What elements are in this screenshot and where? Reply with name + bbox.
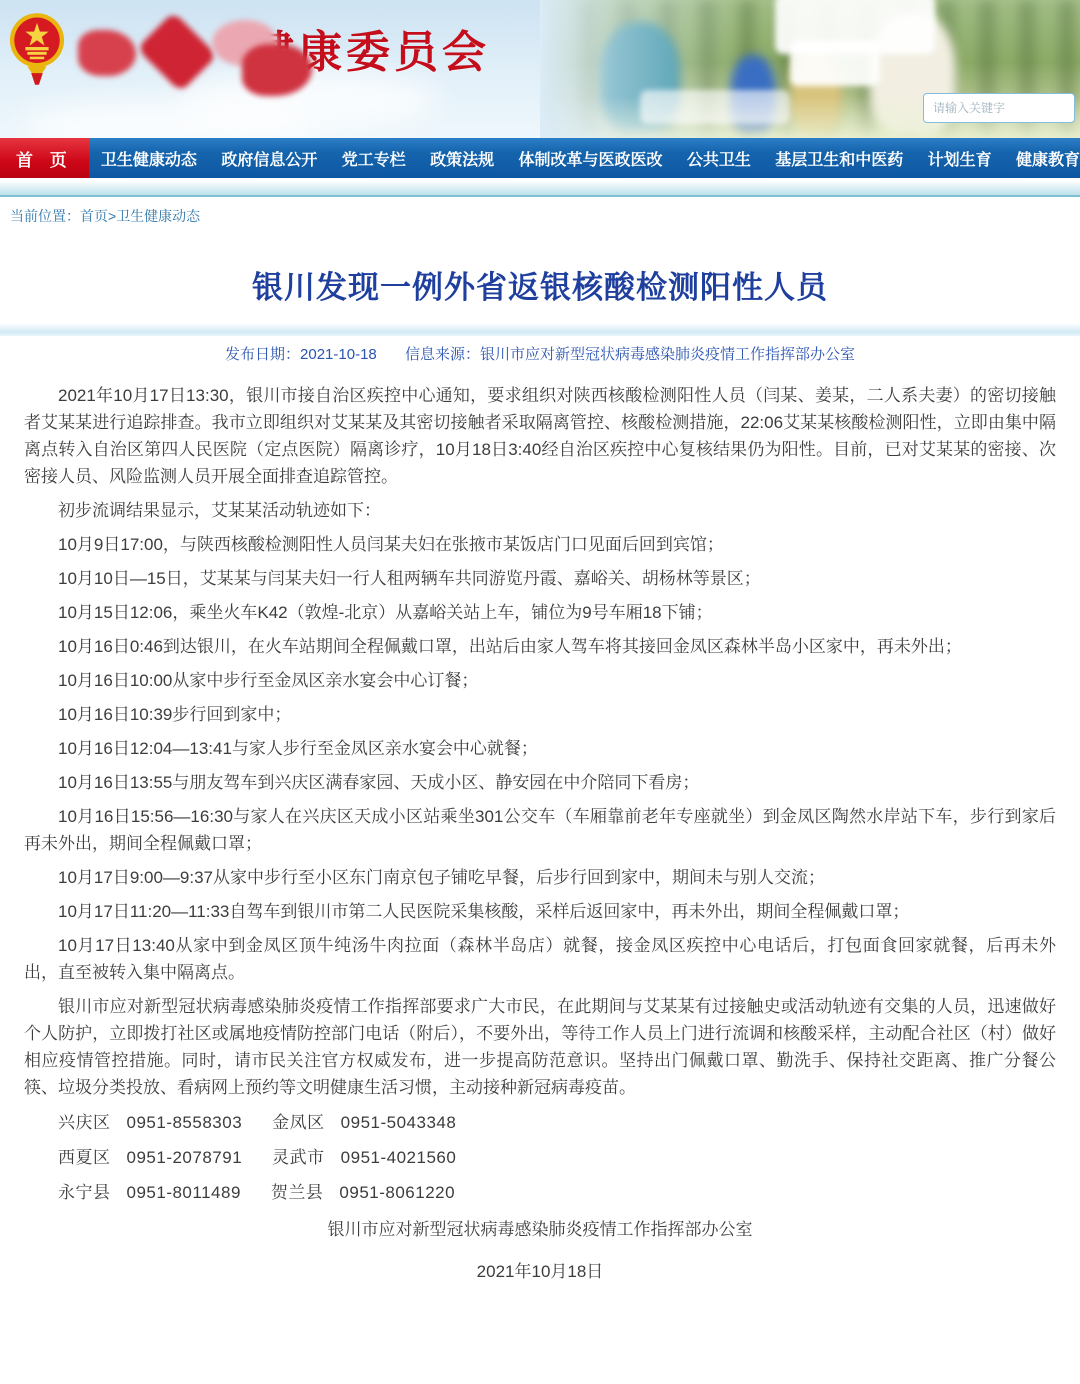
article-sign-date: 2021年10月18日 (0, 1257, 1080, 1282)
nav-item[interactable]: 体制改革与医政医改 (518, 147, 662, 170)
article-paragraph: 10月16日0:46到达银川，在火车站期间全程佩戴口罩，出站后由家人驾车将其接回… (24, 633, 1056, 660)
nav-item[interactable]: 政策法规 (430, 147, 494, 170)
hotline-list: 兴庆区0951-8558303金凤区0951-5043348 西夏区0951-2… (24, 1108, 1056, 1203)
title-underline-band (0, 323, 1080, 336)
publish-date: 发布日期：2021-10-18 (225, 346, 377, 363)
breadcrumb-label: 当前位置： (10, 208, 80, 224)
article-signature: 银川市应对新型冠状病毒感染肺炎疫情工作指挥部办公室 (0, 1215, 1080, 1240)
article-paragraph: 10月16日12:04—13:41与家人步行至金凤区亲水宴会中心就餐； (24, 735, 1056, 762)
article-paragraph: 10月9日17:00，与陕西核酸检测阳性人员闫某夫妇在张掖市某饭店门口见面后回到… (24, 531, 1056, 558)
article-paragraph: 10月16日15:56—16:30与家人在兴庆区天成小区站乘坐301公交车（车厢… (24, 803, 1056, 857)
hotline-district: 金凤区 (272, 1113, 325, 1132)
site-logo: 健康委员会 (8, 8, 490, 88)
article: 银川发现一例外省返银核酸检测阳性人员 发布日期：2021-10-18 信息来源：… (0, 262, 1080, 1282)
article-paragraph: 初步流调结果显示，艾某某活动轨迹如下： (24, 497, 1056, 524)
national-emblem-icon (8, 11, 66, 85)
article-meta: 发布日期：2021-10-18 信息来源：银川市应对新型冠状病毒感染肺炎疫情工作… (0, 343, 1080, 364)
info-source: 信息来源：银川市应对新型冠状病毒感染肺炎疫情工作指挥部办公室 (405, 346, 855, 363)
breadcrumb-section-link[interactable]: 卫生健康动态 (116, 208, 200, 224)
hotline-district: 西夏区 (58, 1148, 111, 1167)
hotline-phone: 0951-2078791 (127, 1148, 243, 1167)
article-paragraph: 10月16日10:39步行回到家中； (24, 701, 1056, 728)
hotline-phone: 0951-8061220 (339, 1183, 455, 1202)
breadcrumb-home-link[interactable]: 首页 (80, 208, 108, 224)
article-paragraph: 2021年10月17日13:30，银川市接自治区疾控中心通知，要求组织对陕西核酸… (24, 382, 1056, 490)
breadcrumb: 当前位置：首页>卫生健康动态 (0, 197, 1080, 228)
hotline-row: 永宁县0951-8011489贺兰县0951-8061220 (24, 1178, 1056, 1203)
nav-item[interactable]: 基层卫生和中医药 (775, 147, 903, 170)
site-header: 健康委员会 (0, 0, 1080, 138)
hotline-row: 兴庆区0951-8558303金凤区0951-5043348 (24, 1108, 1056, 1133)
search-input[interactable] (923, 93, 1075, 123)
article-paragraph: 银川市应对新型冠状病毒感染肺炎疫情工作指挥部要求广大市民，在此期间与艾某某有过接… (24, 993, 1056, 1101)
nav-item[interactable]: 公共卫生 (687, 147, 751, 170)
nav-item-home[interactable]: 首 页 (0, 138, 89, 178)
article-paragraph: 10月17日9:00—9:37从家中步行至小区东门南京包子铺吃早餐，后步行回到家… (24, 864, 1056, 891)
page: 健康委员会 首 页 卫生健康动态 政府信息公开 党工专栏 政策法规 体制改革与医… (0, 0, 1080, 1384)
redaction-patch (640, 90, 790, 124)
hotline-district: 灵武市 (272, 1148, 325, 1167)
article-paragraph: 10月16日13:55与朋友驾车到兴庆区满春家园、天成小区、静安园在中介陪同下看… (24, 769, 1056, 796)
breadcrumb-separator: > (108, 208, 116, 224)
nav-underline-band (0, 181, 1080, 197)
article-paragraph: 10月17日11:20—11:33自驾车到银川市第二人民医院采集核酸，采样后返回… (24, 898, 1056, 925)
article-paragraph: 10月17日13:40从家中到金凤区顶牛纯汤牛肉拉面（森林半岛店）就餐，接金凤区… (24, 932, 1056, 986)
hotline-phone: 0951-8011489 (127, 1183, 241, 1202)
article-paragraph: 10月15日12:06，乘坐火车K42（敦煌-北京）从嘉峪关站上车，铺位为9号车… (24, 599, 1056, 626)
hotline-row: 西夏区0951-2078791灵武市0951-4021560 (24, 1143, 1056, 1168)
nav-item[interactable]: 计划生育 (928, 147, 992, 170)
hotline-phone: 0951-4021560 (341, 1148, 457, 1167)
nav-item[interactable]: 党工专栏 (342, 147, 406, 170)
hotline-district: 永宁县 (58, 1183, 111, 1202)
logo-redacted-text (66, 8, 266, 88)
hotline-phone: 0951-8558303 (127, 1113, 243, 1132)
nav-item[interactable]: 健康教育 (1016, 147, 1080, 170)
nav-items: 卫生健康动态 政府信息公开 党工专栏 政策法规 体制改革与医政医改 公共卫生 基… (89, 138, 1080, 178)
article-body: 2021年10月17日13:30，银川市接自治区疾控中心通知，要求组织对陕西核酸… (24, 382, 1056, 1101)
hotline-district: 贺兰县 (271, 1183, 324, 1202)
nav-item[interactable]: 政府信息公开 (221, 147, 317, 170)
article-title: 银川发现一例外省返银核酸检测阳性人员 (30, 262, 1050, 307)
main-nav: 首 页 卫生健康动态 政府信息公开 党工专栏 政策法规 体制改革与医政医改 公共… (0, 138, 1080, 178)
hotline-phone: 0951-5043348 (341, 1113, 457, 1132)
article-paragraph: 10月10日—15日，艾某某与闫某夫妇一行人租两辆车共同游览丹霞、嘉峪关、胡杨林… (24, 565, 1056, 592)
hotline-district: 兴庆区 (58, 1113, 111, 1132)
article-paragraph: 10月16日10:00从家中步行至金凤区亲水宴会中心订餐； (24, 667, 1056, 694)
nav-item[interactable]: 卫生健康动态 (101, 147, 197, 170)
redaction-patch (790, 40, 880, 86)
